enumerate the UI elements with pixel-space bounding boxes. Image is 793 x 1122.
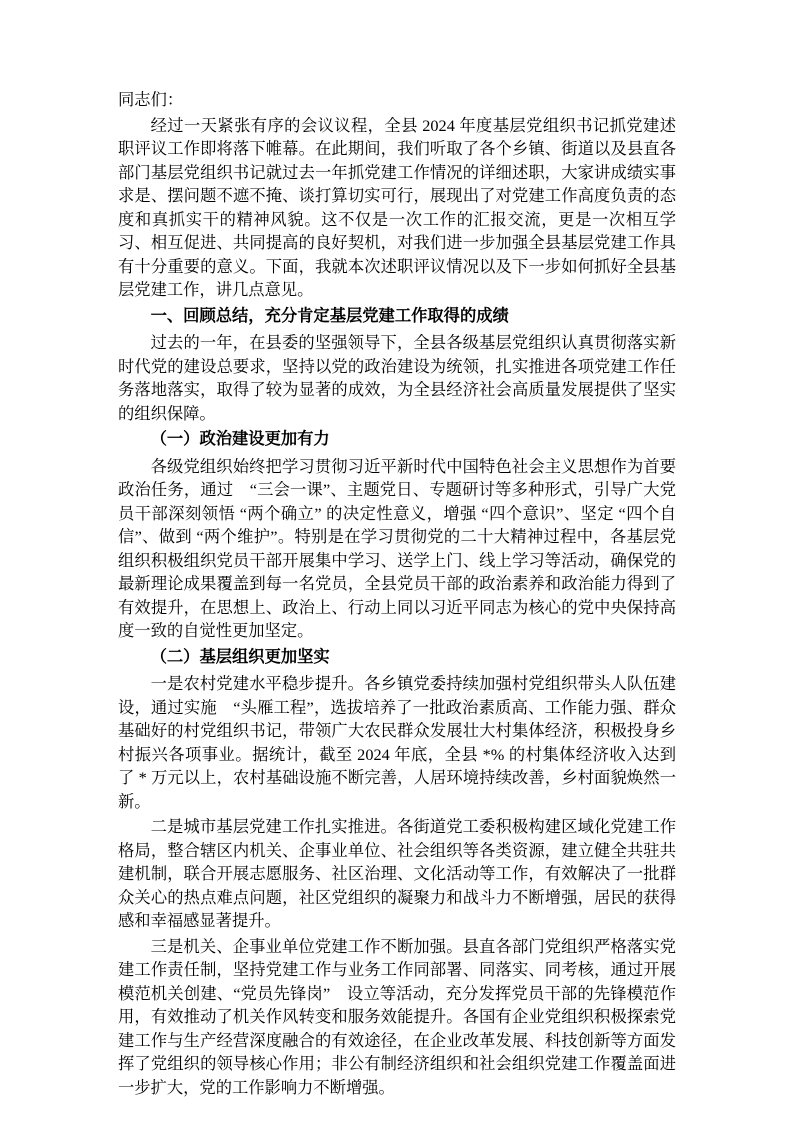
paragraph-political-construction: 各级党组织始终把学习贯彻习近平新时代中国特色社会主义思想作为首要政治任务，通过 … [118,455,676,643]
paragraph-agency-enterprise-party-building: 三是机关、企事业单位党建工作不断加强。县直各部门党组织严格落实党建工作责任制，坚… [118,935,676,1100]
section-heading-review-summary: 一、回顾总结，充分肯定基层党建工作取得的成绩 [118,305,676,329]
paragraph-urban-party-building: 二是城市基层党建工作扎实推进。各街道党工委积极构建区域化党建工作格局，整合辖区内… [118,815,676,933]
paragraph-overview: 过去的一年，在县委的坚强领导下，全县各级基层党组织认真贯彻落实新时代党的建设总要… [118,331,676,425]
document-page: 同志们： 经过一天紧张有序的会议议程，全县 2024 年度基层党组织书记抓党建述… [0,0,793,1122]
subsection-heading-political-construction: （一）政治建设更加有力 [118,428,676,452]
paragraph-opening: 经过一天紧张有序的会议议程，全县 2024 年度基层党组织书记抓党建述职评议工作… [118,114,676,302]
paragraph-rural-party-building: 一是农村党建水平稳步提升。各乡镇党委持续加强村党组织带头人队伍建设，通过实施 “… [118,672,676,813]
salutation: 同志们： [118,88,676,112]
subsection-heading-grassroots-organization: （二）基层组织更加坚实 [118,646,676,670]
